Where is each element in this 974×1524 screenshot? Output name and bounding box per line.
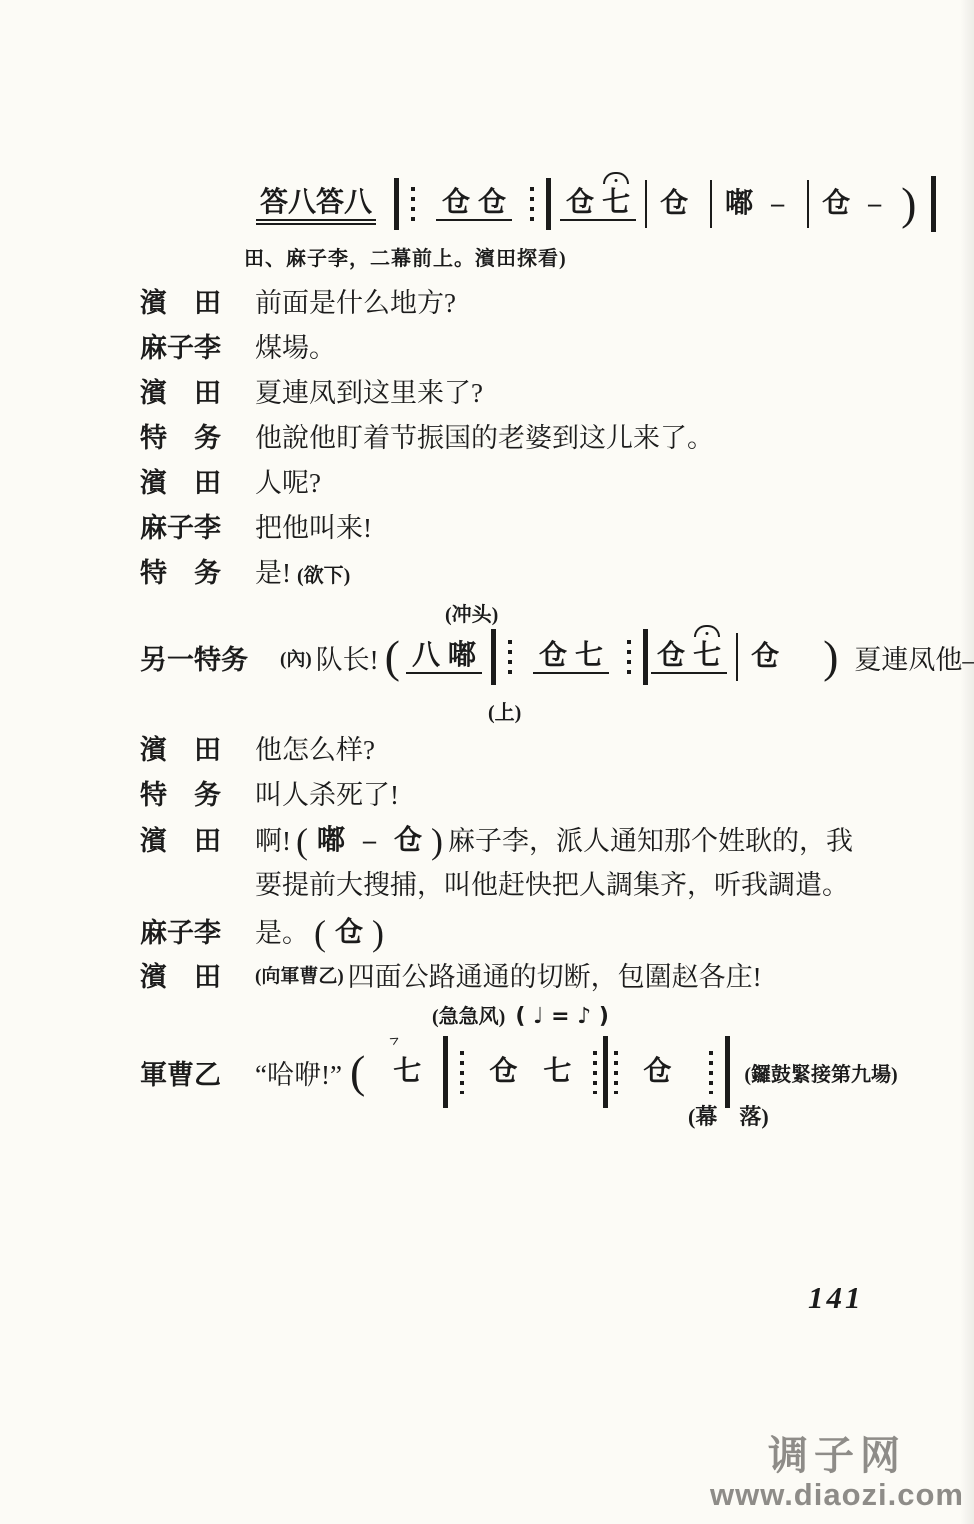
dialogue-row: 特 务 他說他盯着节振国的老婆到这儿来了。 [140,421,714,455]
notation-char: 七 [389,1056,425,1087]
watermark: 调子网 www.diaozi.com [710,1434,964,1512]
page-number: 141 [808,1280,864,1316]
percussion-note: (鑼鼓緊接第九場) [744,1058,897,1087]
opening-paren: ( [379,634,406,680]
speaker-label: 特 务 [140,556,255,590]
dialogue-text: 他說他盯着节振国的老婆到这儿来了。 [255,421,714,455]
speaker-label: 麻子李 [140,916,255,950]
dialogue-row: 濱 田 前面是什么地方? [140,286,456,320]
stage-enter-label: (上) [488,696,521,725]
notation-char: 仓 [818,188,854,220]
notation-char: 仓 [653,640,689,672]
dialogue-row: 濱 田 夏連凤到这里来了? [140,376,483,410]
dialogue-row: 濱 田 啊! ( 嘟 – 仓 ) 麻子李，派人通知那个姓耿的，我 [140,823,853,859]
dialogue-text: 是! [255,556,291,590]
fermata-icon: 七 [689,640,725,672]
opening-paren: ( [309,915,331,951]
repeat-dots-icon [530,187,534,221]
notation-group: 仓 仓 [436,187,512,221]
dialogue-text: 队长! [316,638,379,677]
dialogue-row: 濱 田 他怎么样? [140,733,375,767]
notation-char: 七 [539,1056,575,1088]
barline [710,180,712,228]
dialogue-row: 麻子李 把他叫来! [140,511,372,545]
notation-char: 七 [571,640,607,672]
dialogue-text: 是。 [255,916,309,950]
speaker-label: 麻子李 [140,331,255,365]
percussion-pattern-label: (急急风)( ♩ = ♪ ) [432,1000,609,1029]
notation-char: 仓 [562,187,598,219]
dialogue-text: 叫人杀死了! [255,778,399,812]
closing-paren: ) [367,915,389,951]
stage-note: (向軍曹乙) [255,960,344,994]
barline [807,180,809,228]
notation-char: 仓 [639,1056,675,1088]
notation-char: 七 [689,640,725,671]
dialogue-text: 夏連凤他—— [854,638,974,677]
closing-paren: ) [426,823,448,859]
final-barline [931,176,936,232]
dialogue-text: 前面是什么地方? [255,286,456,320]
speaker-label: 濱 田 [140,286,255,320]
scanned-script-page: 答八答八 仓 仓 仓 七 仓 嘟 – 仓 – ) 田、麻子李，二幕前上。濱田探看… [0,0,974,1524]
notation-char: 嘟 [444,640,480,672]
notation-char: 仓 [535,640,571,672]
watermark-url: www.diaozi.com [710,1478,964,1512]
notation-dash: – [757,189,798,219]
notation-char: 仓 [485,1056,521,1088]
repeat-end-barline [603,1036,608,1108]
dialogue-text: 夏連凤到这里来了? [255,376,483,410]
dialogue-row: 特 务 是! (欲下) [140,556,350,593]
final-barline [725,1036,730,1108]
repeat-dots-icon [593,1051,597,1094]
speaker-label: 特 务 [140,778,255,812]
speaker-label: 濱 田 [140,960,255,994]
notation-char: 仓 [331,917,367,949]
notation-group: 仓 七 [651,640,727,674]
notation-char: 仓 [438,187,474,219]
repeat-dots-icon [627,640,631,674]
dialogue-row: 麻子李 是。 ( 仓 ) [140,915,389,951]
repeat-start-barline [491,629,496,685]
repeat-dots-icon [614,1051,618,1094]
barline [645,180,647,228]
dialogue-row: 濱 田 人呢? [140,466,321,500]
speaker-label: 濱 田 [140,466,255,500]
notation-group: 仓 七 [533,640,609,674]
notation-group: 八 嘟 [406,640,482,674]
dialogue-text: “哈咿!” [255,1053,342,1092]
closing-paren: ) [895,181,922,227]
accent-icon: > [387,1031,404,1051]
notation-char: 嘟 [721,188,757,220]
dialogue-text: 啊! [255,824,291,858]
opening-paren: ( [344,1049,371,1095]
dialogue-text: 四面公路通通的切断，包圍赵各庄! [348,960,762,994]
watermark-site-name: 调子网 [710,1434,964,1478]
dialogue-row-with-notation: 另一特务 (內) 队长! ( 八 嘟 仓 七 仓 七 仓 ) 夏連凤他—— [140,624,974,690]
pattern-name: (急急风) [432,1006,505,1028]
speaker-label: 特 务 [140,421,255,455]
percussion-notation-top: 答八答八 仓 仓 仓 七 仓 嘟 – 仓 – ) [256,172,945,236]
notation-char: 仓 [390,825,426,857]
repeat-start-barline [443,1036,448,1108]
notation-group: 仓 七 [560,187,636,221]
repeat-dots-icon [411,187,415,221]
fermata-icon: 七 [598,187,634,219]
stage-direction: 田、麻子李，二幕前上。濱田探看) [244,242,567,271]
dialogue-row: 特 务 叫人杀死了! [140,778,399,812]
percussion-pattern-label: (冲头) [445,598,498,627]
speaker-label: 軍曹乙 [140,1053,255,1092]
dialogue-row: 麻子李 煤場。 [140,331,336,365]
notation-char: 嘟 [313,825,349,857]
repeat-dots-icon [460,1051,464,1094]
repeat-dots-icon [709,1051,713,1094]
speaker-label: 濱 田 [140,376,255,410]
dialogue-text: 麻子李，派人通知那个姓耿的，我 [448,824,853,858]
dialogue-continuation: 要提前大搜捕，叫他赶快把人調集齐，听我調遣。 [255,868,849,902]
opening-paren: ( [291,823,313,859]
dialogue-text: 把他叫来! [255,511,372,545]
closing-paren: ) [817,634,844,680]
repeat-end-barline [546,178,551,230]
notation-char: 仓 [747,641,783,673]
tempo-equation: ( ♩ = ♪ ) [515,1004,609,1029]
dialogue-row: 濱 田 (向軍曹乙) 四面公路通通的切断，包圍赵各庄! [140,960,762,994]
dialogue-row-with-notation: 軍曹乙 “哈咿!” ( > 七 仓 七 仓 (鑼鼓緊接第九場) [140,1032,898,1112]
dialogue-text: 他怎么样? [255,733,375,767]
notation-char: 仓 [474,187,510,219]
repeat-dots-icon [508,640,512,674]
notation-dash: – [854,189,895,219]
notation-char: 八 [408,640,444,672]
notation-syllables: 答八答八 [256,187,376,221]
notation-dash: – [349,824,390,858]
notation-char: 七 [598,187,634,218]
dialogue-text: 人呢? [255,466,321,500]
stage-note: (內) [280,644,312,671]
repeat-end-barline [643,629,648,685]
dialogue-text: 煤場。 [255,331,336,365]
barline [736,633,738,681]
speaker-label: 濱 田 [140,733,255,767]
accented-notation-char: > 七 [389,1056,425,1088]
speaker-label: 濱 田 [140,824,255,858]
stage-note: (欲下) [297,559,350,593]
speaker-label: 另一特务 [140,638,280,677]
notation-char: 仓 [656,188,692,220]
speaker-label: 麻子李 [140,511,255,545]
curtain-falls-label: (幕 落) [688,1100,769,1131]
repeat-start-barline [394,178,399,230]
